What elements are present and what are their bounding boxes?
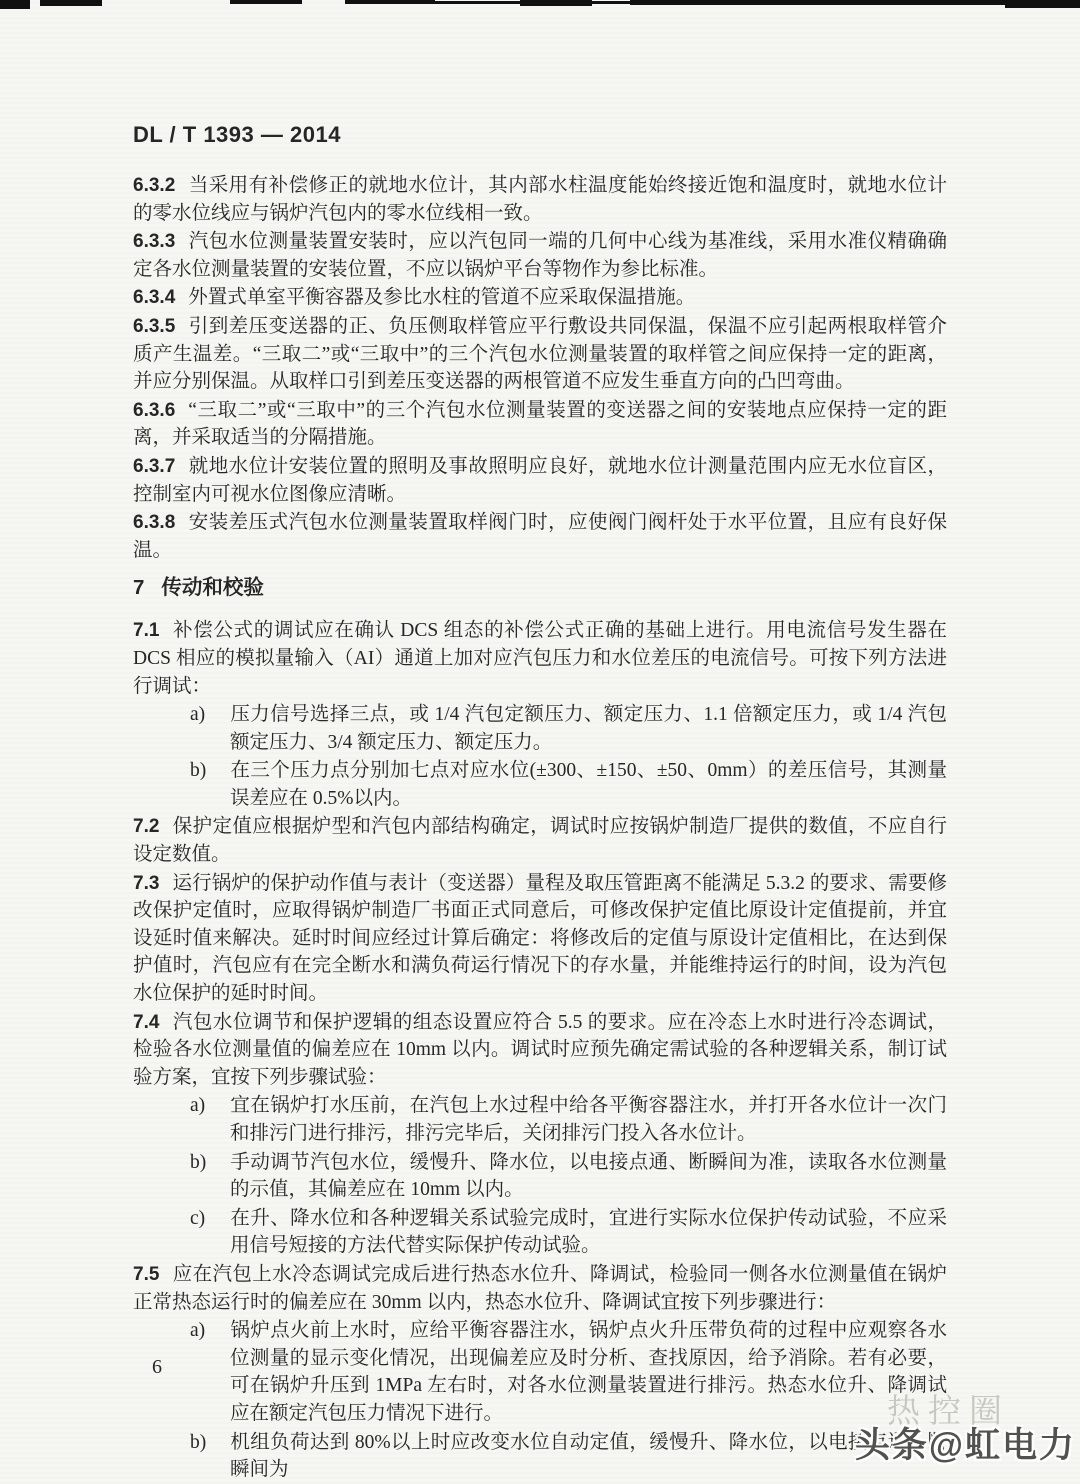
clause-number: 7.5 (133, 1264, 159, 1285)
paragraph-text: 汽包水位调节和保护逻辑的组态设置应符合 5.5 的要求。应在冷态上水时进行冷态调… (133, 1012, 947, 1088)
paragraph-text: “三取二”或“三取中”的三个汽包水位测量装置的变送器之间的安装地点应保持一定的距… (133, 400, 947, 449)
scan-artifact (230, 0, 302, 4)
section-heading-7: 7传动和校验 (133, 574, 947, 602)
clause-number: 6.3.3 (133, 231, 175, 252)
clause-number: 7.1 (133, 620, 159, 641)
paragraph-text: 补偿公式的调试应在确认 DCS 组态的补偿公式正确的基础上进行。用电流信号发生器… (133, 620, 947, 696)
clause-6.3.4: 6.3.4外置式单室平衡容器及参比水柱的管道不应采取保温措施。 (133, 284, 947, 312)
clause-number: 6.3.2 (133, 175, 175, 196)
clause-number: 6.3.7 (133, 456, 175, 477)
paragraph-text: 当采用有补偿修正的就地水位计，其内部水柱温度能始终接近饱和温度时，就地水位计的零… (133, 175, 947, 224)
scan-artifact (0, 0, 30, 9)
paragraph-text: 保护定值应根据炉型和汽包内部结构确定，调试时应按锅炉制造厂提供的数值，不应自行设… (133, 816, 947, 865)
clause-7.5: 7.5应在汽包上水冷态调试完成后进行热态水位升、降调试，检验同一侧各水位测量值在… (133, 1261, 947, 1316)
clause-number: 7.4 (133, 1012, 159, 1033)
page-number: 6 (152, 1356, 162, 1379)
clause-7.4: 7.4汽包水位调节和保护逻辑的组态设置应符合 5.5 的要求。应在冷态上水时进行… (133, 1009, 947, 1092)
section-number: 7 (133, 576, 144, 599)
scan-artifact (40, 0, 102, 6)
paragraph-text: 锅炉点火前上水时，应给平衡容器注水，锅炉点火升压带负荷的过程中应观察各水位测量的… (230, 1320, 947, 1424)
clause-6.3.8: 6.3.8安装差压式汽包水位测量装置取样阀门时，应使阀门阀杆处于水平位置，且应有… (133, 509, 947, 564)
item-label: a) (190, 701, 230, 729)
paragraph-text: 压力信号选择三点，或 1/4 汽包定额压力、额定压力、1.1 倍额定压力，或 1… (230, 704, 947, 753)
paragraph-text: 在三个压力点分别加七点对应水位(±300、±150、±50、0mm）的差压信号，… (230, 760, 947, 809)
paragraph-text: 汽包水位测量装置安装时，应以汽包同一端的几何中心线为基准线，采用水准仪精确确定各… (133, 231, 947, 280)
clause-7.3: 7.3运行锅炉的保护动作值与表计（变送器）量程及取压管距离不能满足 5.3.2 … (133, 870, 947, 1008)
document-body: 6.3.2当采用有补偿修正的就地水位计，其内部水柱温度能始终接近饱和温度时，就地… (133, 172, 947, 1484)
scan-artifact (630, 0, 1005, 5)
list-item-a: a)宜在锅炉打水压前，在汽包上水过程中给各平衡容器注水，并打开各水位计一次门和排… (133, 1092, 947, 1147)
paragraph-text: 手动调节汽包水位，缓慢升、降水位，以电接点通、断瞬间为准，读取各水位测量的示值，… (230, 1152, 947, 1201)
scan-artifact (520, 0, 592, 6)
paragraph-text: 传动和校验 (161, 576, 264, 599)
scan-artifact (592, 1, 630, 4)
list-item-a: a)压力信号选择三点，或 1/4 汽包定额压力、额定压力、1.1 倍额定压力，或… (133, 701, 947, 756)
list-item-c: c)在升、降水位和各种逻辑关系试验完成时，宜进行实际水位保护传动试验，不应采用信… (133, 1205, 947, 1260)
list-item-a: a)锅炉点火前上水时，应给平衡容器注水，锅炉点火升压带负荷的过程中应观察各水位测… (133, 1317, 947, 1427)
paragraph-text: 宜在锅炉打水压前，在汽包上水过程中给各平衡容器注水，并打开各水位计一次门和排污门… (230, 1095, 947, 1144)
paragraph-text: 就地水位计安装位置的照明及事故照明应良好，就地水位计测量范围内应无水位盲区，控制… (133, 456, 947, 505)
list-item-b: b)在三个压力点分别加七点对应水位(±300、±150、±50、0mm）的差压信… (133, 757, 947, 812)
page-content: DL / T 1393 — 2014 6.3.2当采用有补偿修正的就地水位计，其… (133, 122, 947, 1484)
scan-artifact (345, 0, 435, 4)
item-label: c) (190, 1205, 230, 1233)
clause-number: 6.3.5 (133, 316, 175, 337)
scan-artifact (435, 1, 520, 4)
clause-6.3.5: 6.3.5引到差压变送器的正、负压侧取样管应平行敷设共同保温，保温不应引起两根取… (133, 313, 947, 396)
item-label: b) (190, 1149, 230, 1177)
clause-7.1: 7.1补偿公式的调试应在确认 DCS 组态的补偿公式正确的基础上进行。用电流信号… (133, 617, 947, 700)
paragraph-text: 外置式单室平衡容器及参比水柱的管道不应采取保温措施。 (188, 287, 695, 308)
paragraph-text: 在升、降水位和各种逻辑关系试验完成时，宜进行实际水位保护传动试验，不应采用信号短… (230, 1208, 947, 1257)
paragraph-text: 应在汽包上水冷态调试完成后进行热态水位升、降调试，检验同一侧各水位测量值在锅炉正… (133, 1264, 947, 1313)
clause-7.2: 7.2保护定值应根据炉型和汽包内部结构确定，调试时应按锅炉制造厂提供的数值，不应… (133, 813, 947, 868)
list-item-b: b)手动调节汽包水位，缓慢升、降水位，以电接点通、断瞬间为准，读取各水位测量的示… (133, 1149, 947, 1204)
clause-6.3.7: 6.3.7就地水位计安装位置的照明及事故照明应良好，就地水位计测量范围内应无水位… (133, 453, 947, 508)
paragraph-text: 引到差压变送器的正、负压侧取样管应平行敷设共同保温，保温不应引起两根取样管介质产… (133, 316, 947, 392)
scan-artifact (1005, 0, 1080, 8)
standard-code-header: DL / T 1393 — 2014 (133, 122, 947, 148)
list-item-b: b)机组负荷达到 80%以上时应改变水位自动定值，缓慢升、降水位，以电接点通、断… (133, 1429, 947, 1484)
clause-6.3.6: 6.3.6“三取二”或“三取中”的三个汽包水位测量装置的变送器之间的安装地点应保… (133, 397, 947, 452)
clause-number: 7.2 (133, 816, 159, 837)
paragraph-text: 安装差压式汽包水位测量装置取样阀门时，应使阀门阀杆处于水平位置，且应有良好保温。 (133, 512, 947, 561)
item-label: a) (190, 1092, 230, 1120)
clause-number: 6.3.6 (133, 400, 175, 421)
clause-number: 6.3.8 (133, 512, 175, 533)
paragraph-text: 机组负荷达到 80%以上时应改变水位自动定值，缓慢升、降水位，以电接点通、断瞬间… (230, 1432, 947, 1481)
scanned-document-page: DL / T 1393 — 2014 6.3.2当采用有补偿修正的就地水位计，其… (0, 0, 1080, 1484)
clause-6.3.3: 6.3.3汽包水位测量装置安装时，应以汽包同一端的几何中心线为基准线，采用水准仪… (133, 228, 947, 283)
clause-number: 7.3 (133, 873, 159, 894)
paragraph-text: 运行锅炉的保护动作值与表计（变送器）量程及取压管距离不能满足 5.3.2 的要求… (133, 873, 947, 1004)
item-label: b) (190, 1429, 230, 1457)
clause-6.3.2: 6.3.2当采用有补偿修正的就地水位计，其内部水柱温度能始终接近饱和温度时，就地… (133, 172, 947, 227)
item-label: b) (190, 757, 230, 785)
item-label: a) (190, 1317, 230, 1345)
clause-number: 6.3.4 (133, 287, 175, 308)
